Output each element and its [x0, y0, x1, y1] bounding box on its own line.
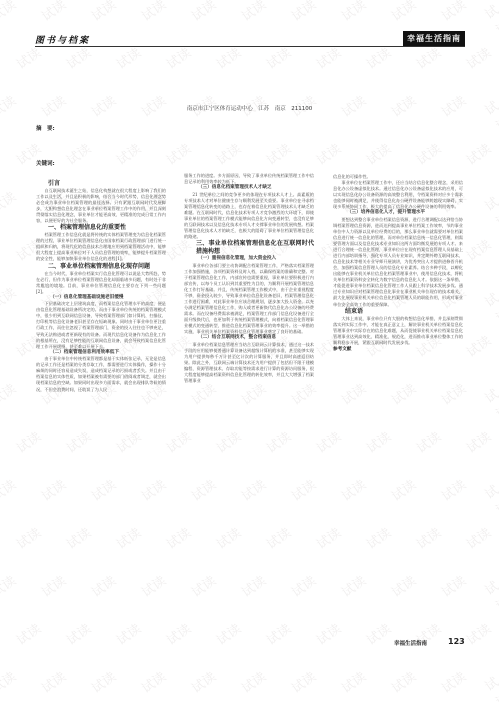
watermark-text: 试读 — [112, 522, 144, 552]
column-2: 服务工作的进度。多方面原因，导致了事业单位传统档案管理工作中信息记录的利用效率较… — [184, 173, 314, 384]
watermark-text: 试读 — [237, 474, 269, 504]
paragraph: 自互联网技术诞生之始，信息化构想就在很大程度上影响了我们的工作以及生活，并且是积… — [36, 188, 166, 224]
section-heading: 三、事业单位档案管理信息化在互联网时代措施构想 — [184, 240, 314, 256]
watermark-text: 试读 — [462, 618, 494, 648]
watermark-text: 试读 — [287, 666, 319, 696]
paragraph: 档案管理工作信息化就是将传统的实体档案管理变为信息化档案管理的过程，事业单位档案… — [36, 232, 166, 262]
watermark-text: 试读 — [0, 186, 19, 216]
watermark-text: 试读 — [262, 426, 294, 456]
watermark-text: 试读 — [112, 426, 144, 456]
footer-journal-name: 幸福生活指南 — [394, 639, 427, 647]
watermark-text: 试读 — [237, 570, 269, 600]
watermark-text: 试读 — [437, 666, 469, 696]
watermark-text: 试读 — [462, 330, 494, 360]
watermark-text: 试读 — [437, 0, 469, 25]
watermark-text: 试读 — [137, 570, 169, 600]
watermark-text: 试读 — [287, 570, 319, 600]
watermark-text: 试读 — [362, 426, 394, 456]
watermark-text: 试读 — [462, 522, 494, 552]
watermark-text: 试读 — [212, 618, 244, 648]
watermark-text: 试读 — [187, 474, 219, 504]
paragraph: 大体上来说，事业单位只有大胆的构想信息化举措，并且深刻贯彻落实到实际工作中，才能… — [333, 316, 463, 346]
watermark-text: 试读 — [87, 666, 119, 696]
watermark-text: 试读 — [212, 522, 244, 552]
abstract-label: 摘 要: — [36, 124, 55, 132]
journal-title: 图书与档案 — [35, 33, 90, 46]
watermark-text: 试读 — [462, 234, 494, 264]
watermark-text: 试读 — [12, 618, 44, 648]
watermark-text: 试读 — [37, 0, 69, 25]
watermark-text: 试读 — [162, 522, 194, 552]
watermark-text: 试读 — [87, 474, 119, 504]
intro-heading: 引言 — [36, 180, 166, 188]
subsection-heading: （一）重视信息化管理，加大资金投入 — [184, 256, 314, 263]
paragraph: 由于事业单位中传统档案管理都是基于实体纸张记录，无论是信息的记录工作还是档案的分… — [36, 356, 166, 392]
page-number: 123 — [448, 637, 465, 646]
watermark-text: 试读 — [162, 426, 194, 456]
watermark-text: 试读 — [437, 570, 469, 600]
watermark-text: 试读 — [212, 426, 244, 456]
watermark-text: 试读 — [362, 138, 394, 168]
watermark-text: 试读 — [237, 0, 269, 25]
paragraph: 事业单位各部门要主动协调配合档案管理工作，严格落实档案管理工作加强措施，各项档案… — [184, 263, 314, 336]
watermark-text: 试读 — [337, 474, 369, 504]
watermark-text: 试读 — [362, 522, 394, 552]
watermark-text: 试读 — [0, 474, 19, 504]
watermark-text: 试读 — [437, 378, 469, 408]
watermark-text: 试读 — [62, 618, 94, 648]
watermark-text: 试读 — [412, 138, 444, 168]
watermark-text: 试读 — [312, 138, 344, 168]
watermark-text: 试读 — [437, 474, 469, 504]
subsection-heading: （二）结合互联网技术，整合档案信息 — [184, 335, 314, 342]
watermark-text: 试读 — [387, 570, 419, 600]
watermark-text: 试读 — [62, 522, 94, 552]
watermark-text: 试读 — [0, 282, 19, 312]
watermark-text: 试读 — [337, 570, 369, 600]
watermark-text: 试读 — [337, 0, 369, 25]
watermark-text: 试读 — [87, 0, 119, 25]
watermark-text: 试读 — [37, 474, 69, 504]
subsection-heading: （三）信息化档案管理技术人才缺乏 — [184, 185, 314, 192]
header-divider — [35, 46, 465, 47]
column-3: 信息化的可操作性。 事业单位在档案管理工作中，还应当结合信息化整合理念，采用信息… — [333, 174, 463, 353]
watermark-text: 试读 — [12, 522, 44, 552]
watermark-text: 试读 — [387, 0, 419, 25]
watermark-text: 试读 — [0, 666, 19, 696]
watermark-text: 试读 — [412, 426, 444, 456]
watermark-text: 试读 — [462, 426, 494, 456]
section-heading: 二、事业单位档案管理信息化现存问题 — [36, 263, 166, 271]
watermark-text: 试读 — [387, 474, 419, 504]
watermark-text: 试读 — [137, 474, 169, 504]
watermark-text: 试读 — [480, 288, 499, 327]
watermark-text: 试读 — [480, 672, 499, 706]
watermark-text: 试读 — [262, 618, 294, 648]
paragraph: 21 世纪单位之间的竞争更多的体现在专项技术人才上。高素质的专项技术人才对单位健… — [184, 192, 314, 240]
watermark-text: 试读 — [480, 96, 499, 135]
keywords-label: 关键词: — [36, 159, 55, 167]
watermark-text: 试读 — [312, 618, 344, 648]
watermark-text: 试读 — [12, 426, 44, 456]
watermark-text: 试读 — [287, 474, 319, 504]
paragraph: 事业单位在档案管理工作中，还应当结合信息化整合理念，采用信息化办公设备虚拟化技术… — [333, 180, 463, 210]
conclusion-heading: 结束语 — [333, 308, 463, 316]
watermark-text: 试读 — [337, 378, 369, 408]
watermark-text: 试读 — [187, 666, 219, 696]
paragraph: 事业单位档案信息管理应当结合互联网云计算技术，通过这一技术手段的应用能够使普通计… — [184, 342, 314, 384]
watermark-text: 试读 — [387, 666, 419, 696]
watermark-text: 试读 — [480, 192, 499, 231]
paragraph: 服务工作的进度。多方面原因，导致了事业单位传统档案管理工作中信息记录的利用效率较… — [184, 173, 314, 185]
watermark-text: 试读 — [387, 378, 419, 408]
page-header: 图书与档案 幸福生活指南 — [35, 33, 465, 47]
paragraph: 下层基础决定上层建筑高度，而档案信息化管理水平的高度，便是由信息化管理基础设备所… — [36, 301, 166, 349]
brand-badge: 幸福生活指南 — [403, 31, 465, 46]
watermark-text: 试读 — [262, 138, 294, 168]
watermark-text: 试读 — [112, 138, 144, 168]
watermark-text: 试读 — [0, 378, 19, 408]
watermark-text: 试读 — [362, 618, 394, 648]
watermark-text: 试读 — [287, 0, 319, 25]
watermark-text: 试读 — [262, 522, 294, 552]
watermark-text: 试读 — [162, 138, 194, 168]
watermark-text: 试读 — [37, 666, 69, 696]
paragraph: 在当今时代，事业单位档案实行信息化管理可以说是大势所趋，势在必行，但作为事业单位… — [36, 271, 166, 295]
watermark-text: 试读 — [62, 426, 94, 456]
references-heading: 参考文献 — [333, 347, 463, 353]
watermark-text: 试读 — [37, 570, 69, 600]
watermark-text: 试读 — [62, 138, 94, 168]
column-1: 引言 自互联网技术诞生之始，信息化构想就在很大程度上影响了我们的工作以及生活，并… — [36, 180, 166, 393]
watermark-text: 试读 — [480, 0, 499, 38]
watermark-text: 试读 — [137, 0, 169, 25]
watermark-text: 试读 — [480, 576, 499, 615]
paragraph: 要想达到整合事业单位档案信息资源，进行合理调配以达到恰当协调档案管理信息资源，进… — [333, 217, 463, 308]
watermark-text: 试读 — [462, 42, 494, 72]
watermark-text: 试读 — [462, 138, 494, 168]
watermark-text: 试读 — [212, 138, 244, 168]
watermark-text: 试读 — [137, 666, 169, 696]
watermark-text: 试读 — [0, 0, 19, 25]
watermark-text: 试读 — [187, 570, 219, 600]
watermark-text: 试读 — [337, 666, 369, 696]
watermark-text: 试读 — [0, 570, 19, 600]
watermark-text: 试读 — [112, 618, 144, 648]
watermark-text: 试读 — [480, 480, 499, 519]
watermark-text: 试读 — [312, 426, 344, 456]
author-affiliation: 南京市江宁区体育运动中心 江苏 南京 211100 — [0, 104, 499, 112]
watermark-text: 试读 — [480, 384, 499, 423]
watermark-text: 试读 — [412, 522, 444, 552]
watermark-text: 试读 — [162, 618, 194, 648]
watermark-text: 试读 — [87, 570, 119, 600]
watermark-text: 试读 — [312, 522, 344, 552]
watermark-text: 试读 — [237, 666, 269, 696]
watermark-text: 试读 — [187, 0, 219, 25]
subsection-heading: （三）培养信息化人才，提升管理水平 — [333, 210, 463, 217]
